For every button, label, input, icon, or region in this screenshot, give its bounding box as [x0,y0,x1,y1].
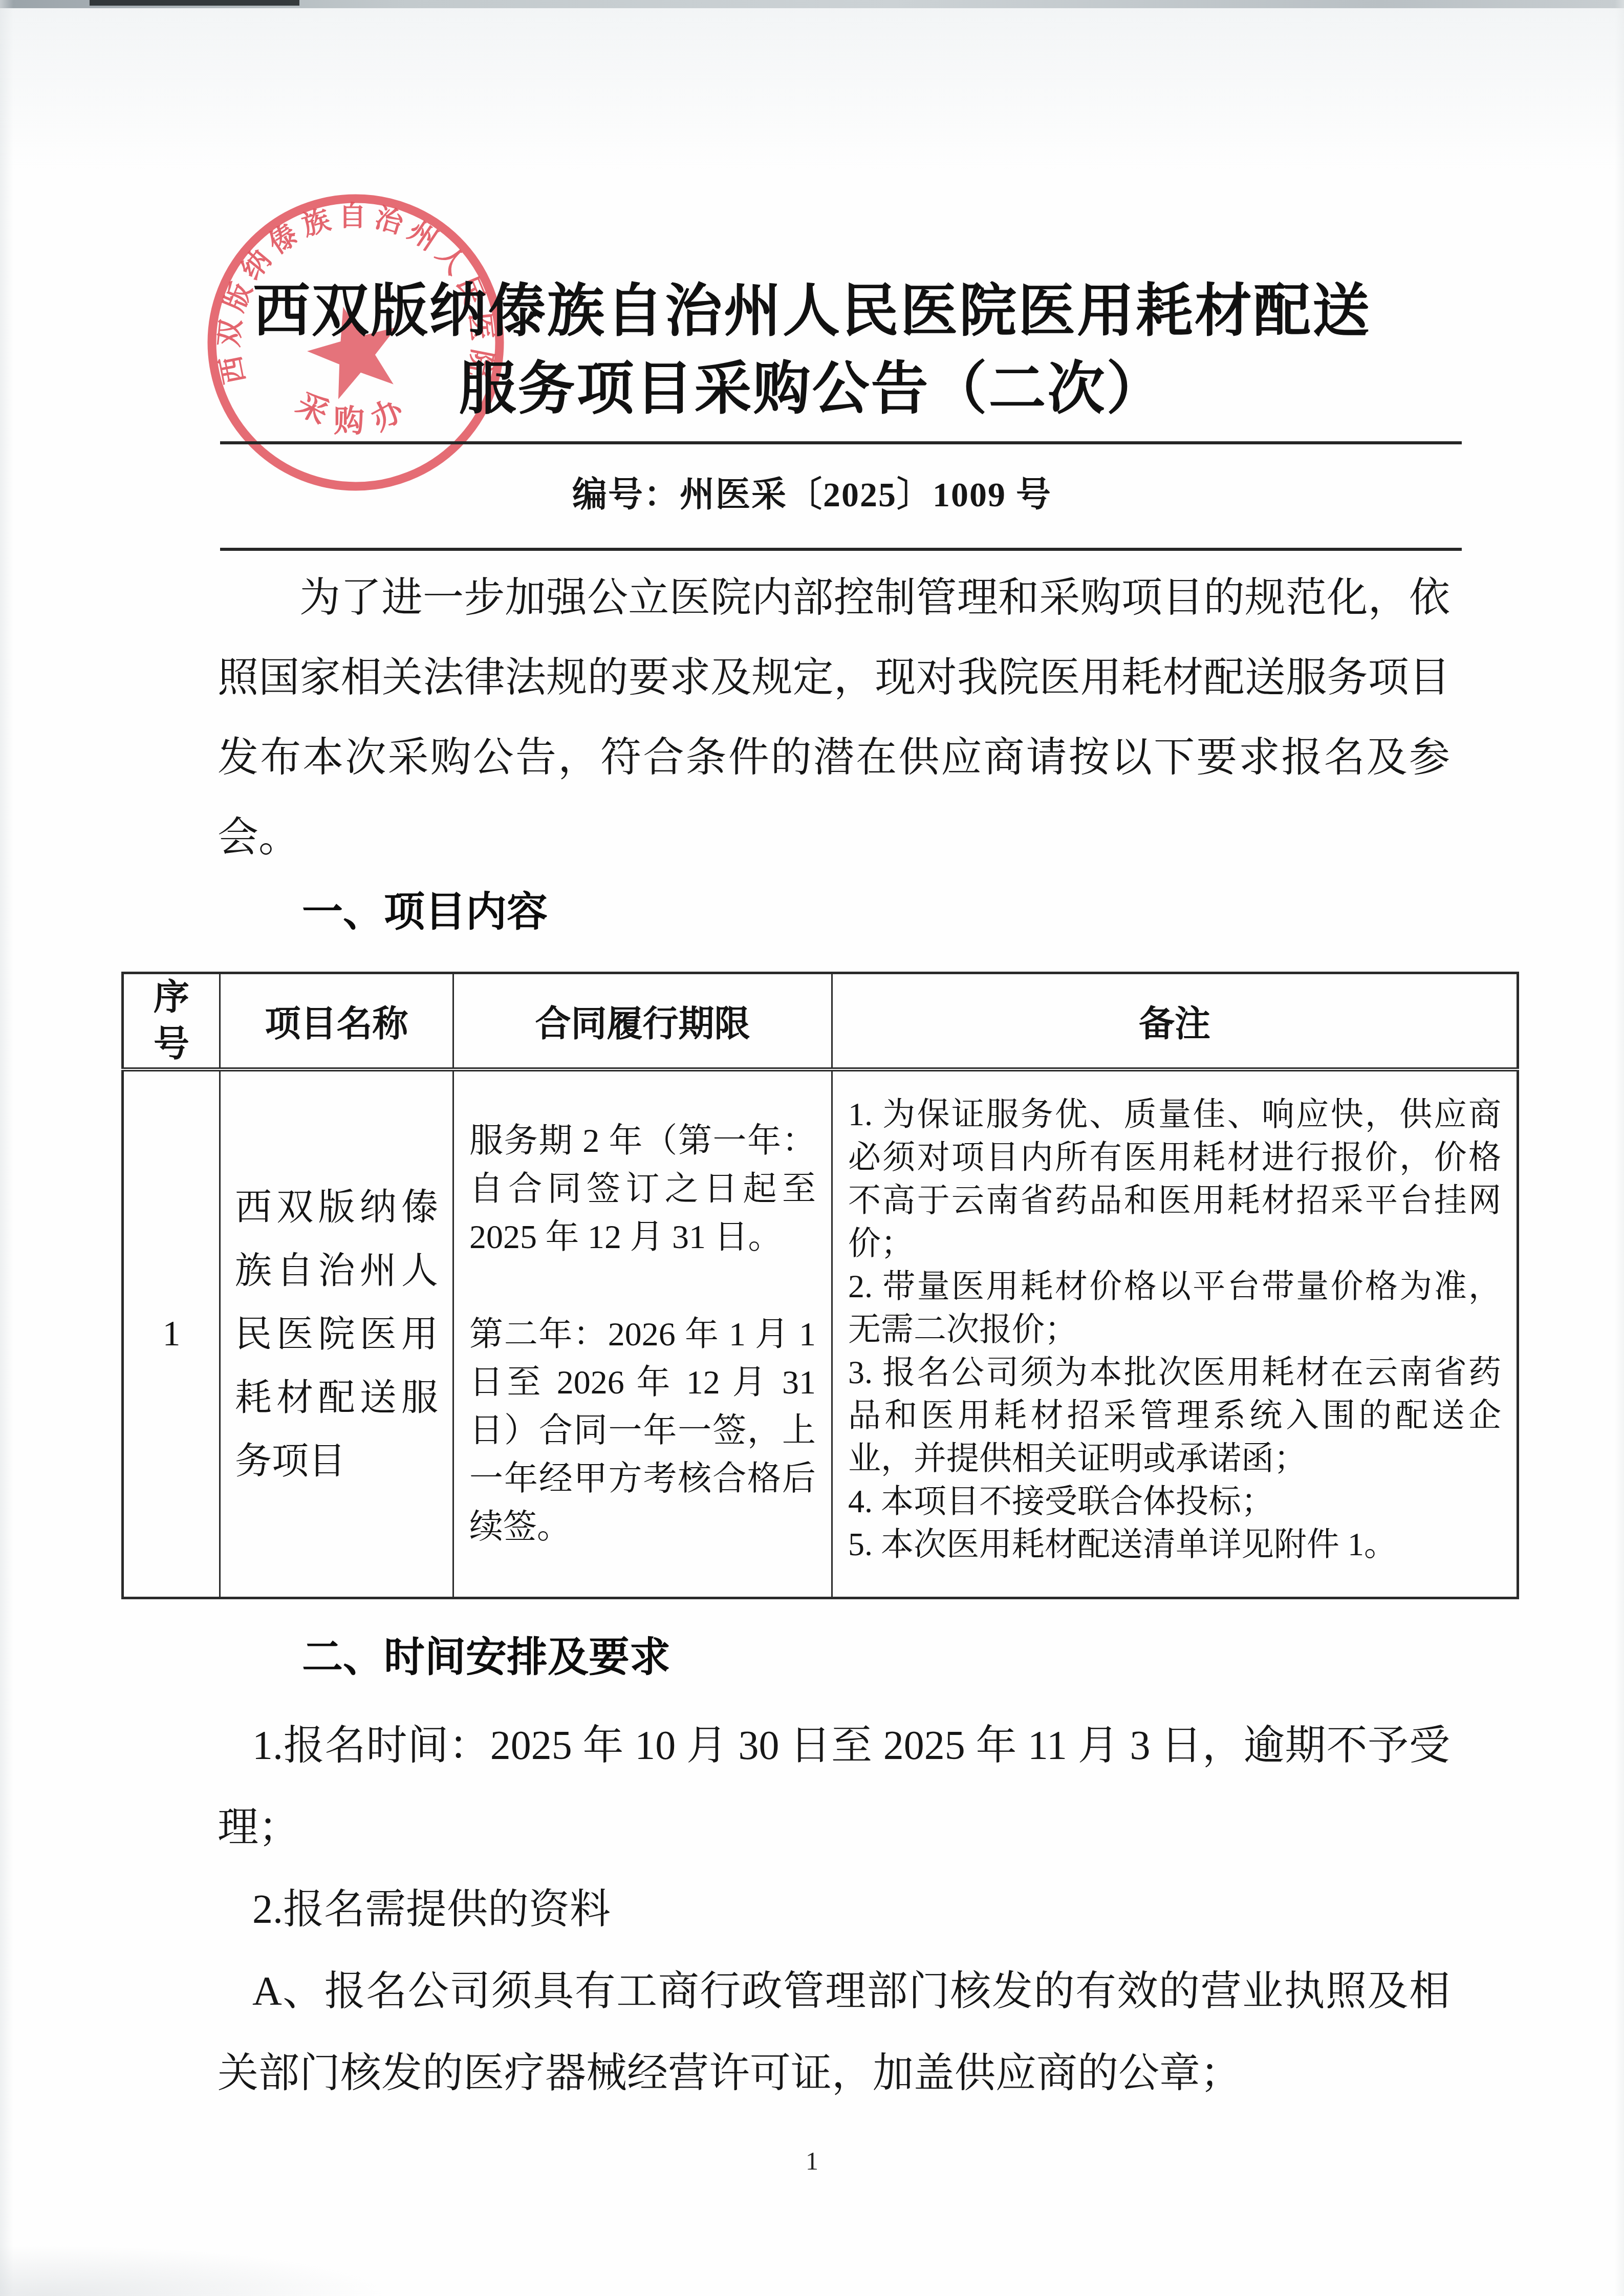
section1-heading: 一、项目内容 [302,884,548,940]
remark-item-1: 1. 为保证服务优、质量佳、响应快，供应商必须对项目内所有医用耗材进行报价，价格… [848,1093,1501,1265]
contract-term-year1: 服务期 2 年（第一年：自合同签订之日起至 2025 年 12 月 31 日。 [469,1117,816,1261]
project-table-container: 序号 项目名称 合同履行期限 备注 1 西双版纳傣族自治州人民医院医用耗材配送服… [121,972,1517,1599]
remark-item-4: 4. 本项目不接受联合体投标； [848,1480,1501,1523]
column-header-contract-term: 合同履行期限 [453,973,832,1070]
document-title-line2: 服务项目采购公告（二次） [0,350,1624,428]
cell-seq: 1 [123,1069,220,1598]
cell-contract-term: 服务期 2 年（第一年：自合同签订之日起至 2025 年 12 月 31 日。 … [453,1069,832,1598]
project-table: 序号 项目名称 合同履行期限 备注 1 西双版纳傣族自治州人民医院医用耗材配送服… [121,972,1519,1599]
cell-remarks: 1. 为保证服务优、质量佳、响应快，供应商必须对项目内所有医用耗材进行报价，价格… [832,1069,1518,1598]
page-number: 1 [0,2146,1624,2176]
document-title-line1: 西双版纳傣族自治州人民医院医用耗材配送 [0,272,1624,350]
remark-item-5: 5. 本次医用耗材配送清单详见附件 1。 [848,1523,1501,1566]
column-header-project-name: 项目名称 [220,973,453,1070]
number-divider-line [220,548,1462,551]
document-title: 西双版纳傣族自治州人民医院医用耗材配送 服务项目采购公告（二次） [0,272,1624,428]
registration-materials-item-a: A、报名公司须具有工商行政管理部门核发的有效的营业执照及相关部门核发的医疗器械经… [218,1950,1450,2114]
document-number: 编号：州医采〔2025〕1009 号 [0,469,1624,520]
scan-shadow-top [0,8,1624,172]
cell-project-name: 西双版纳傣族自治州人民医院医用耗材配送服务项目 [220,1069,453,1598]
title-divider-line [220,441,1462,444]
remark-item-2: 2. 带量医用耗材价格以平台带量价格为准，无需二次报价； [848,1265,1501,1351]
contract-term-year2: 第二年：2026 年 1 月 1 日至 2026 年 12 月 31 日）合同一… [469,1311,816,1551]
column-header-seq: 序号 [123,973,220,1070]
table-row: 1 西双版纳傣族自治州人民医院医用耗材配送服务项目 服务期 2 年（第一年：自合… [123,1069,1518,1598]
remark-item-3: 3. 报名公司须为本批次医用耗材在云南省药品和医用耗材招采管理系统入围的配送企业… [848,1351,1501,1480]
registration-time-paragraph: 1.报名时间：2025 年 10 月 30 日至 2025 年 11 月 3 日… [218,1705,1450,1869]
intro-paragraph: 为了进一步加强公立医院内部控制管理和采购项目的规范化，依照国家相关法律法规的要求… [218,558,1450,877]
scan-edge-top-dark [90,0,299,6]
column-header-remarks: 备注 [832,973,1518,1070]
section2-heading: 二、时间安排及要求 [302,1629,670,1685]
registration-materials-paragraph: 2.报名需提供的资料 [218,1869,1450,1950]
table-header-row: 序号 项目名称 合同履行期限 备注 [123,973,1518,1070]
scanned-document-page: 西双版纳傣族自治州人民医院 采购办 西双版纳傣族自治州人民医院医用耗材配送 服务… [0,0,1624,2296]
scan-shadow-bottom [0,2245,389,2296]
